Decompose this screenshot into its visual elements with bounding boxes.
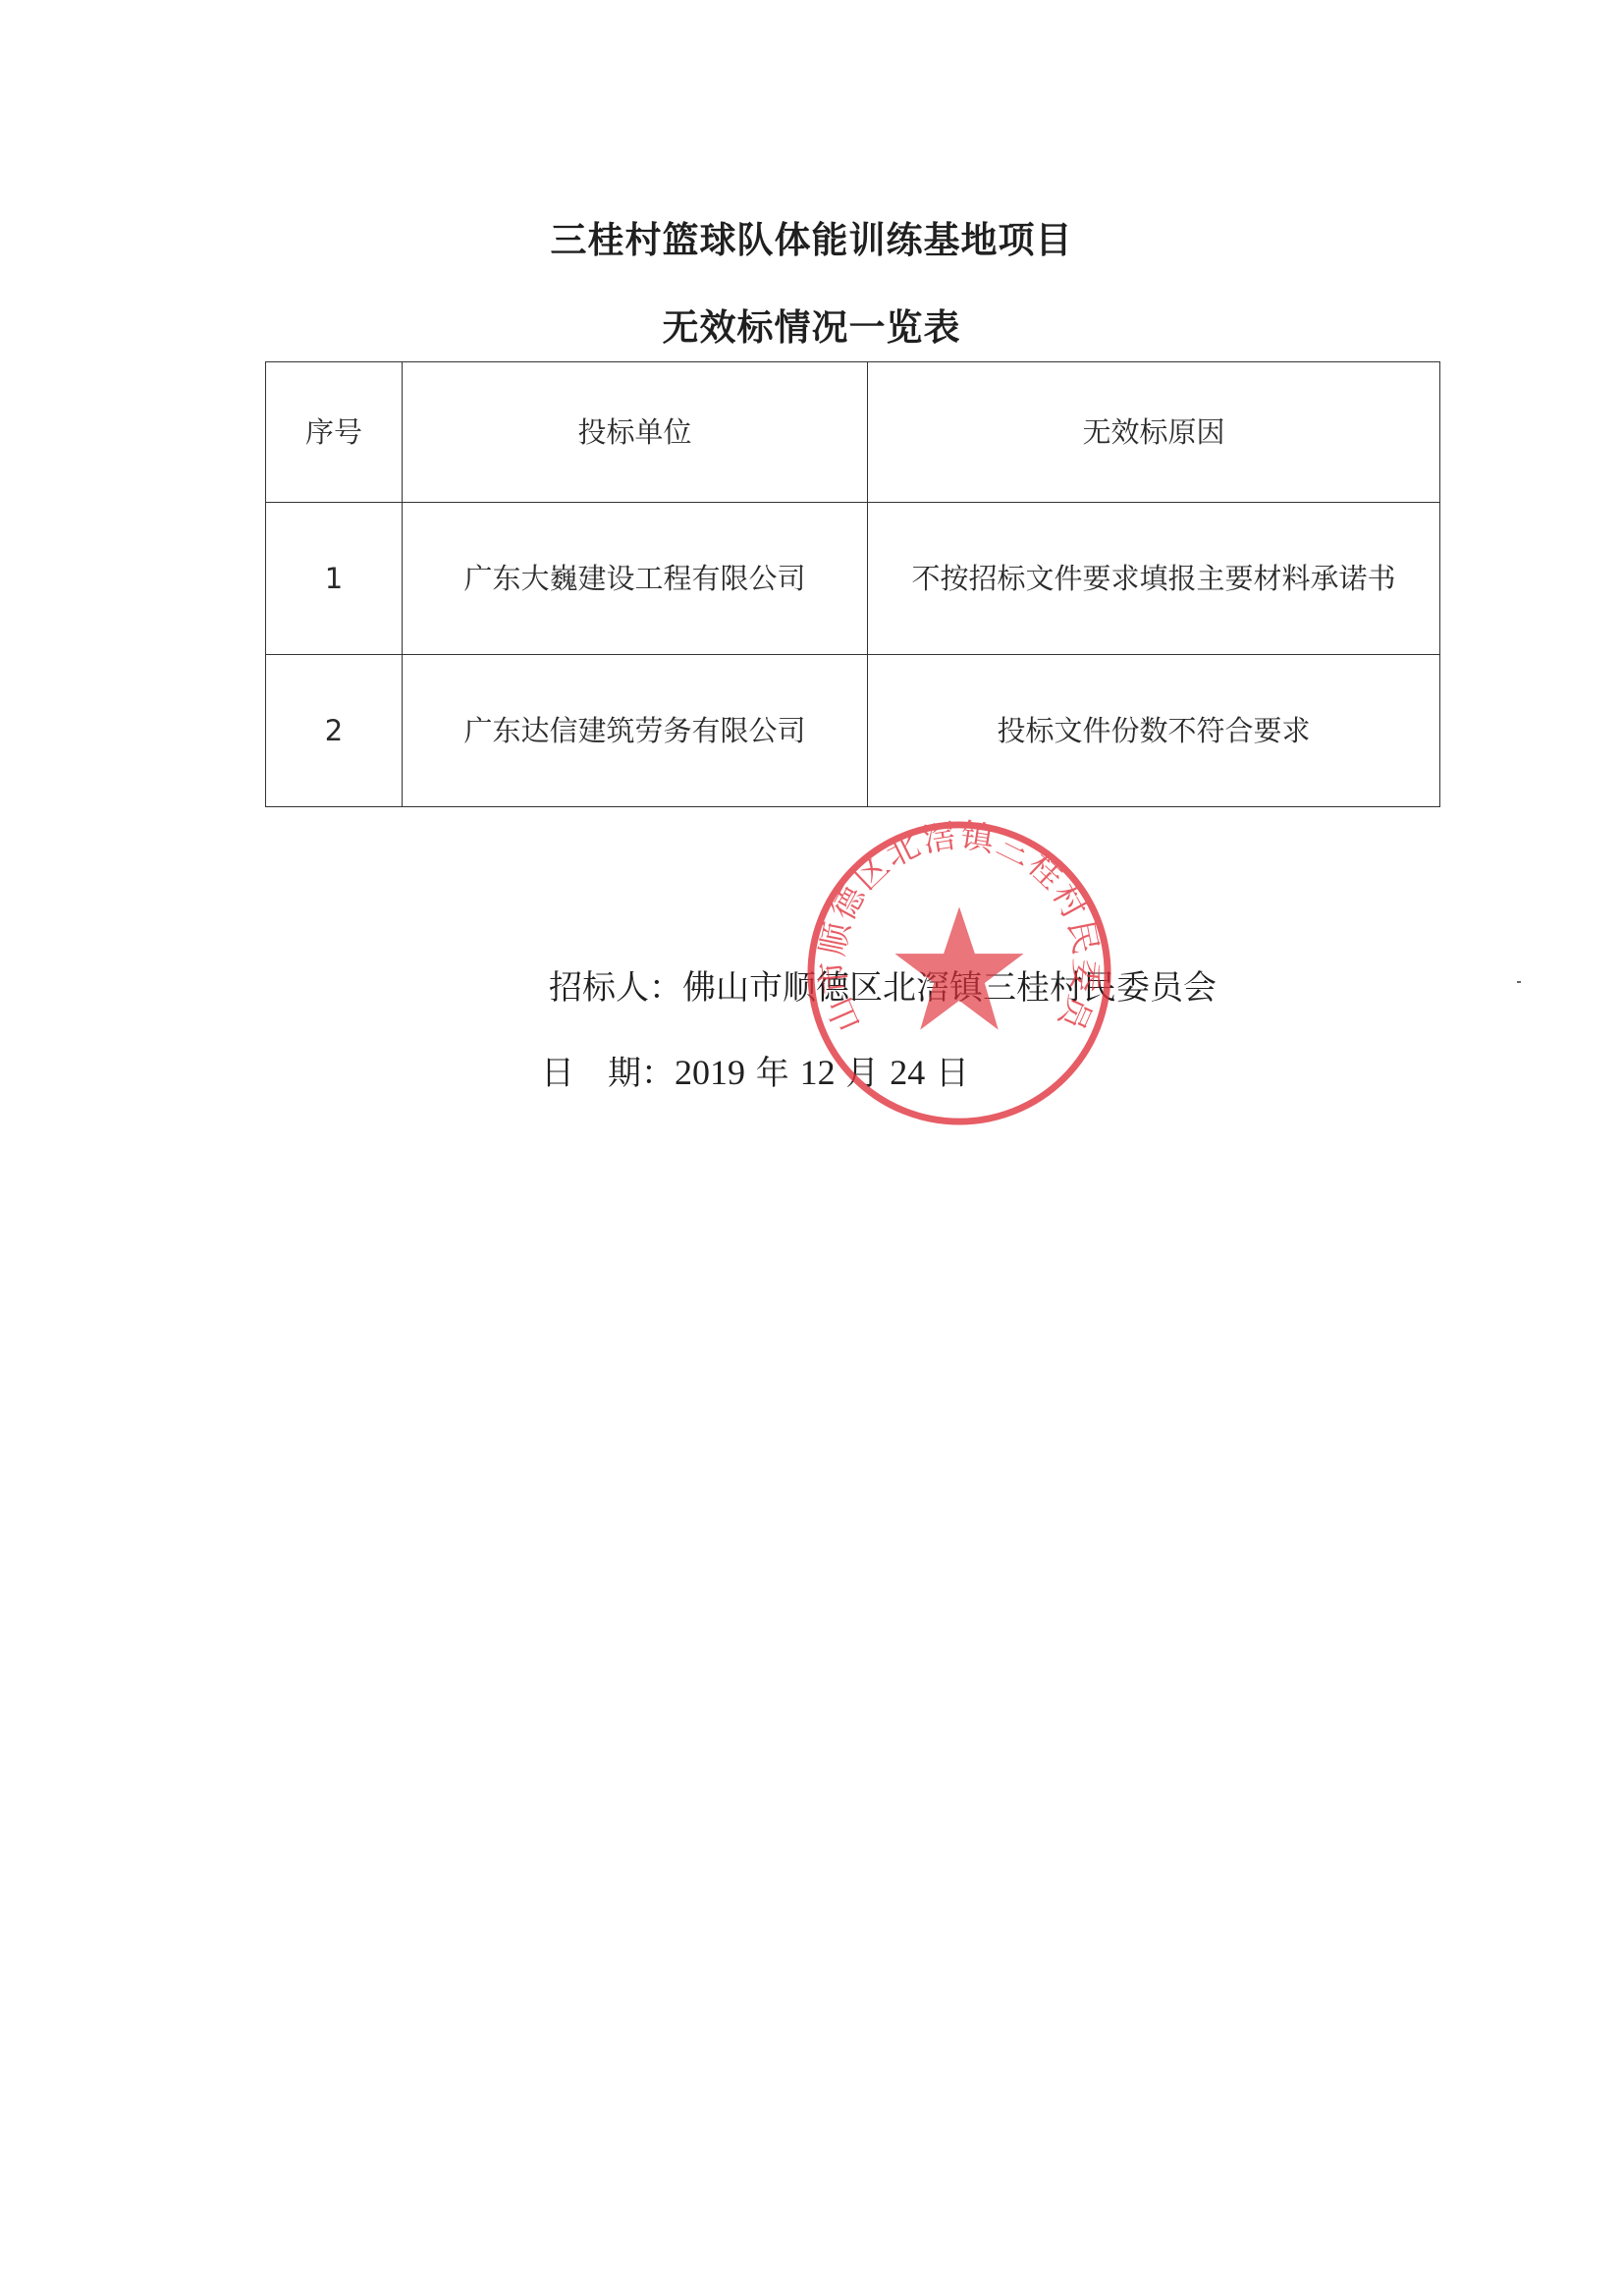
header-index: 序号: [266, 362, 403, 503]
table-row: 2 广东达信建筑劳务有限公司 投标文件份数不符合要求: [266, 655, 1440, 807]
tenderer-line: 招标人：佛山市顺德区北滘镇三桂村民委员会: [549, 960, 1217, 1009]
tenderer-name: 佛山市顺德区北滘镇三桂村民委员会: [682, 968, 1217, 1008]
date-year-unit: 年: [745, 1054, 800, 1093]
row-bidder: 广东达信建筑劳务有限公司: [403, 655, 868, 807]
date-day: 24: [890, 1053, 925, 1092]
tenderer-label: 招标人：: [549, 968, 682, 1008]
date-label: 日 期：: [541, 1054, 675, 1093]
row-index: 1: [266, 503, 403, 655]
header-reason: 无效标原因: [868, 362, 1440, 503]
document-title: 三桂村篮球队体能训练基地项目: [0, 210, 1623, 263]
date-month: 12: [800, 1053, 836, 1092]
scan-speck: [1517, 981, 1521, 983]
date-month-unit: 月: [836, 1054, 891, 1093]
date-line: 日 期：2019 年 12 月 24 日: [541, 1046, 969, 1094]
row-bidder: 广东大巍建设工程有限公司: [403, 503, 868, 655]
header-bidder: 投标单位: [403, 362, 868, 503]
date-day-unit: 日: [925, 1054, 969, 1093]
row-index: 2: [266, 655, 403, 807]
invalid-bids-table: 序号 投标单位 无效标原因 1 广东大巍建设工程有限公司 不按招标文件要求填报主…: [265, 361, 1440, 807]
date-year: 2019: [675, 1053, 745, 1092]
document-subtitle: 无效标情况一览表: [0, 298, 1623, 351]
row-reason: 投标文件份数不符合要求: [868, 655, 1440, 807]
row-reason: 不按招标文件要求填报主要材料承诺书: [868, 503, 1440, 655]
table-row: 1 广东大巍建设工程有限公司 不按招标文件要求填报主要材料承诺书: [266, 503, 1440, 655]
table-header-row: 序号 投标单位 无效标原因: [266, 362, 1440, 503]
